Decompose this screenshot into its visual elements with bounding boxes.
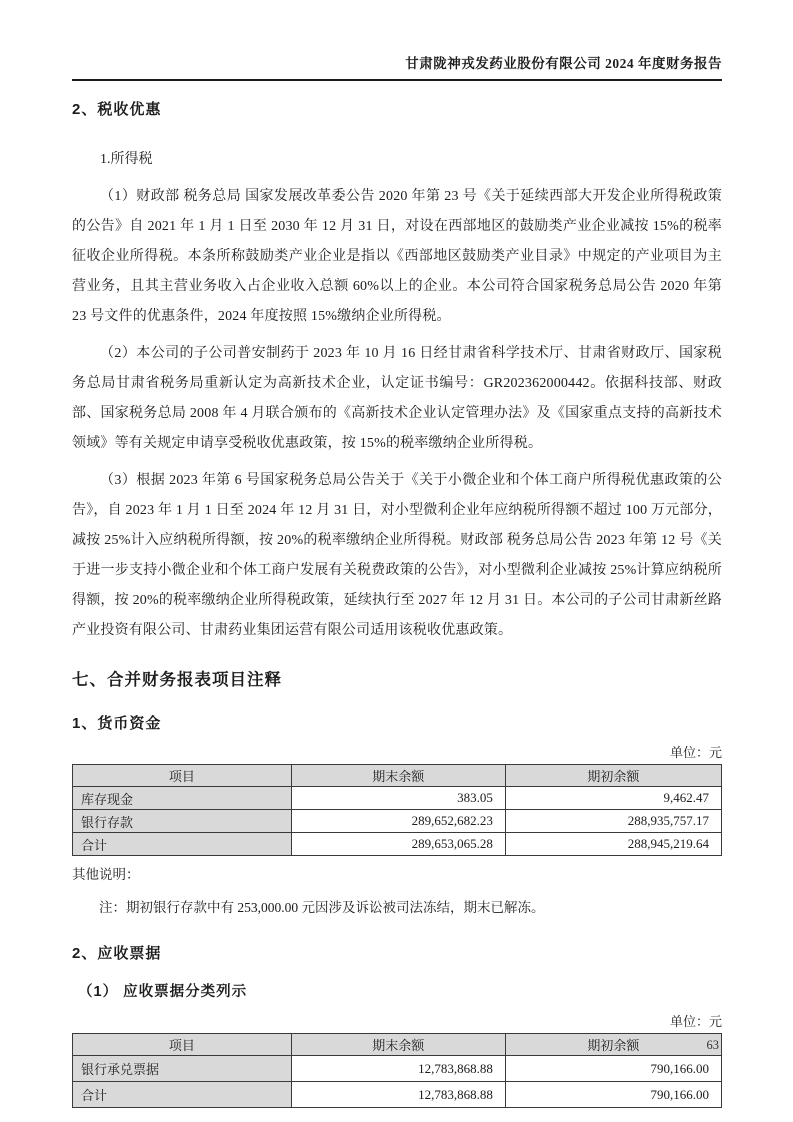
tax-paragraph-1: （1）财政部 税务总局 国家发展改革委公告 2020 年第 23 号《关于延续西…: [72, 182, 722, 332]
table-cell-closing: 289,652,682.23: [291, 810, 505, 833]
column-header-item: 项目: [73, 1034, 292, 1056]
other-notes-label: 其他说明：: [72, 865, 722, 885]
table-row-bank-deposits: 银行存款 289,652,682.23 288,935,757.17: [73, 810, 722, 833]
table-cell-opening: 790,166.00: [505, 1082, 721, 1108]
column-header-closing-balance: 期末余额: [291, 1034, 505, 1056]
table-cell-closing: 289,653,065.28: [291, 833, 505, 856]
tax-paragraph-3: （3）根据 2023 年第 6 号国家税务总局公告关于《关于小微企业和个体工商户…: [72, 466, 722, 646]
frozen-deposit-note: 注：期初银行存款中有 253,000.00 元因涉及诉讼被司法冻结，期末已解冻。: [72, 898, 722, 918]
table-header-row: 项目 期末余额 期初余额: [73, 1034, 722, 1056]
table-cell-item: 银行存款: [73, 810, 292, 833]
report-header-title: 甘肃陇神戎发药业股份有限公司 2024 年度财务报告: [72, 0, 722, 81]
table-cell-closing: 383.05: [291, 787, 505, 810]
notes-receivable-subheading: （1） 应收票据分类列示: [78, 982, 722, 1003]
table-row-total: 合计 12,783,868.88 790,166.00: [73, 1082, 722, 1108]
table-cell-opening: 288,945,219.64: [505, 833, 721, 856]
table-cell-item: 库存现金: [73, 787, 292, 810]
table-cell-opening: 288,935,757.17: [505, 810, 721, 833]
income-tax-subheading: 1.所得税: [72, 145, 722, 175]
notes-receivable-table: 项目 期末余额 期初余额 银行承兑票据 12,783,868.88 790,16…: [72, 1033, 722, 1108]
monetary-funds-table: 项目 期末余额 期初余额 库存现金 383.05 9,462.47 银行存款 2…: [72, 764, 722, 856]
consolidated-notes-heading: 七、合并财务报表项目注释: [72, 668, 722, 692]
table-cell-item: 合计: [73, 833, 292, 856]
unit-label-monetary-funds: 单位：元: [72, 744, 722, 761]
tax-incentives-heading: 2、税收优惠: [72, 99, 722, 121]
table-cell-closing: 12,783,868.88: [291, 1056, 505, 1082]
table-cell-item: 银行承兑票据: [73, 1056, 292, 1082]
table-row-total: 合计 289,653,065.28 288,945,219.64: [73, 833, 722, 856]
report-page: 甘肃陇神戎发药业股份有限公司 2024 年度财务报告 2、税收优惠 1.所得税 …: [0, 0, 793, 1122]
page-number: 63: [707, 1038, 720, 1053]
column-header-closing-balance: 期末余额: [291, 765, 505, 787]
monetary-funds-heading: 1、货币资金: [72, 713, 722, 734]
table-cell-item: 合计: [73, 1082, 292, 1108]
unit-label-notes-receivable: 单位：元: [72, 1013, 722, 1030]
table-cell-closing: 12,783,868.88: [291, 1082, 505, 1108]
table-header-row: 项目 期末余额 期初余额: [73, 765, 722, 787]
table-row-cash-on-hand: 库存现金 383.05 9,462.47: [73, 787, 722, 810]
column-header-opening-balance: 期初余额: [505, 765, 721, 787]
table-cell-opening: 790,166.00: [505, 1056, 721, 1082]
tax-paragraph-2: （2）本公司的子公司普安制药于 2023 年 10 月 16 日经甘肃省科学技术…: [72, 339, 722, 459]
column-header-item: 项目: [73, 765, 292, 787]
table-cell-opening: 9,462.47: [505, 787, 721, 810]
notes-receivable-heading: 2、应收票据: [72, 943, 722, 964]
table-row-bank-acceptance-bills: 银行承兑票据 12,783,868.88 790,166.00: [73, 1056, 722, 1082]
column-header-opening-balance: 期初余额: [505, 1034, 721, 1056]
